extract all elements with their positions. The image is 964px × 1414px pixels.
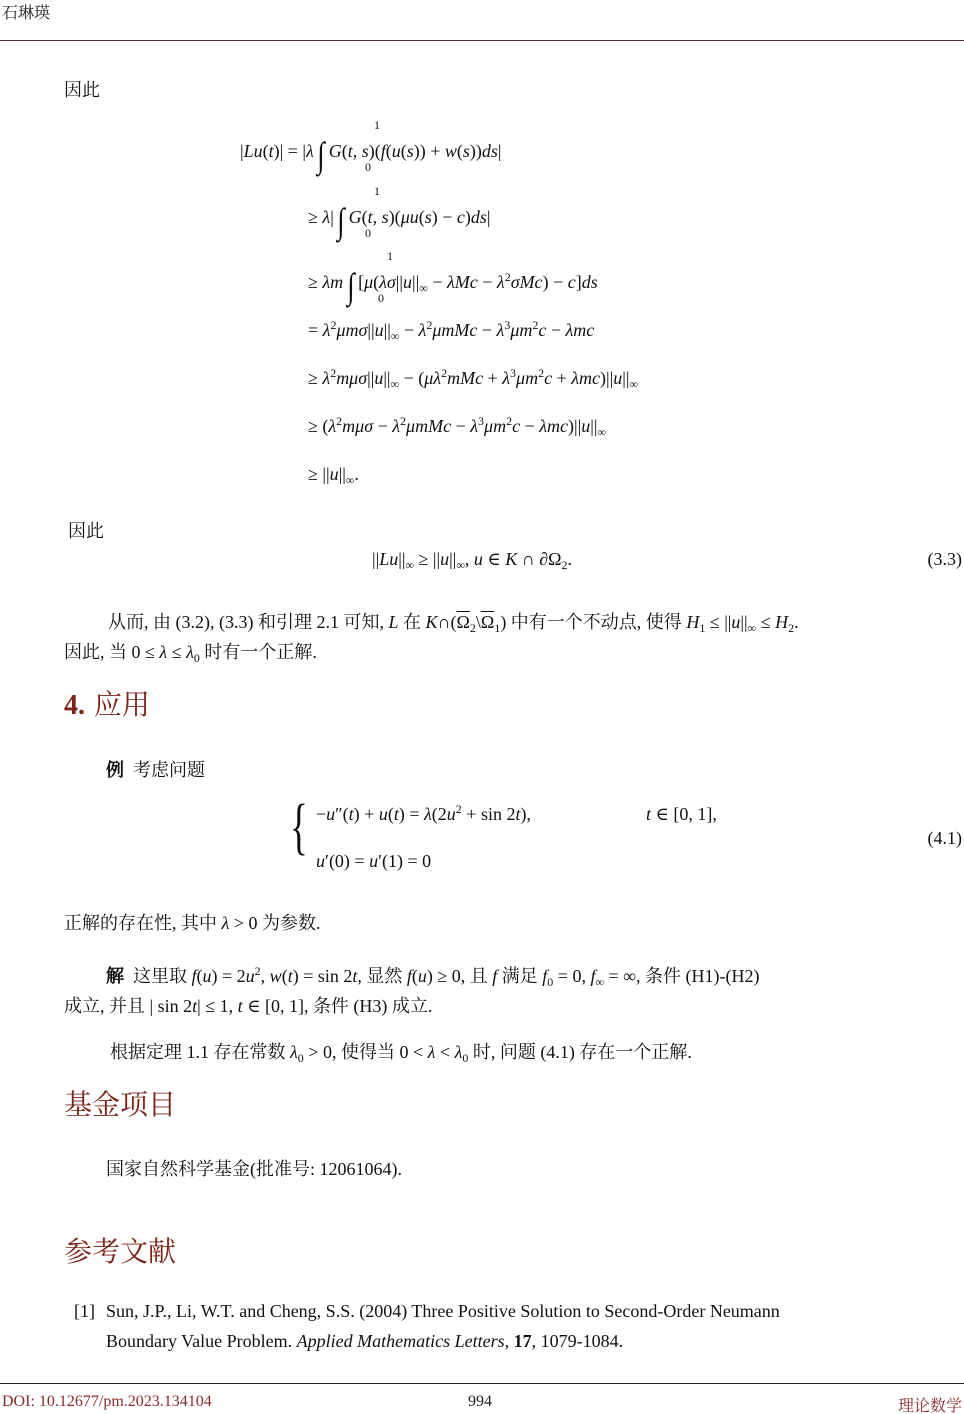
paragraph-therefore-2: 因此 (68, 517, 104, 543)
section-heading-4: 4. 应用 (64, 683, 150, 723)
references-heading: 参考文献 (64, 1230, 176, 1270)
upper-limit: 1 (374, 118, 380, 133)
derivation-line-2: ≥ λ| ∫ G(t, s)(μu(s) − c)ds| (308, 200, 491, 242)
funding-heading: 基金项目 (64, 1083, 176, 1123)
solution-label: 解 (106, 966, 124, 986)
paragraph-therefore: 因此 (64, 76, 100, 102)
section-title: 应用 (94, 688, 150, 721)
footer-divider (0, 1383, 964, 1384)
reference-line-2: Boundary Value Problem. Applied Mathemat… (106, 1331, 623, 1352)
solution-line-3: 根据定理 1.1 存在常数 λ0 > 0, 使得当 0 < λ < λ0 时, … (110, 1038, 692, 1064)
funding-text: 国家自然科学基金(批准号: 12061064). (106, 1155, 402, 1181)
conclusion-line-2: 因此, 当 0 ≤ λ ≤ λ0 时有一个正解. (64, 638, 317, 664)
solution-line-1: 解 这里取 f(u) = 2u2, w(t) = sin 2t, 显然 f(u)… (106, 962, 759, 988)
upper-limit: 1 (387, 249, 393, 264)
equation-4-1-line-2: u′(0) = u′(1) = 0 (316, 851, 431, 872)
reference-index: [1] (74, 1301, 95, 1322)
lower-limit: 0 (378, 291, 384, 306)
conclusion-line-1: 从而, 由 (3.2), (3.3) 和引理 2.1 可知, L 在 K∩(Ω2… (108, 608, 799, 634)
derivation-line-3: ≥ λm ∫ [μ(λσ||u||∞ − λMc − λ2σMc) − c]ds (308, 265, 598, 307)
reference-line-1: Sun, J.P., Li, W.T. and Cheng, S.S. (200… (106, 1301, 780, 1322)
derivation-line-5: ≥ λ2mμσ||u||∞ − (μλ2mMc + λ3μm2c + λmc)|… (308, 368, 638, 389)
equation-4-1-brace: { (284, 792, 314, 863)
reference-volume: 17 (514, 1331, 532, 1351)
lower-limit: 0 (365, 226, 371, 241)
equation-number-4-1: (4.1) (928, 828, 963, 849)
running-header-author: 石琳瑛 (2, 0, 50, 23)
upper-limit: 1 (374, 184, 380, 199)
derivation-line-6: ≥ (λ2mμσ − λ2μmMc − λ3μm2c − λmc)||u||∞ (308, 416, 606, 437)
footer-doi-link[interactable]: DOI: 10.12677/pm.2023.134104 (2, 1393, 212, 1411)
example-label: 例 (106, 760, 124, 780)
equation-4-1-condition: t ∈ [0, 1], (646, 804, 717, 825)
footer-journal-link[interactable]: 理论数学 (898, 1393, 962, 1414)
header-divider (0, 40, 964, 41)
equation-3-3: ||Lu||∞ ≥ ||u||∞, u ∈ K ∩ ∂Ω2. (372, 549, 572, 570)
equation-4-1-line-1: −u″(t) + u(t) = λ(2u2 + sin 2t), (316, 804, 531, 825)
example-text: 考虑问题 (133, 760, 205, 780)
section-number: 4. (64, 690, 85, 721)
reference-journal: Applied Mathematics Letters (297, 1331, 505, 1351)
reference-pages: , 1079-1084. (532, 1331, 624, 1351)
reference-title-end: Boundary Value Problem. (106, 1331, 292, 1351)
example-intro: 例 考虑问题 (106, 756, 205, 782)
derivation-line-4: = λ2μmσ||u||∞ − λ2μmMc − λ3μm2c − λmc (308, 320, 594, 341)
solution-line-2: 成立, 并且 | sin 2t| ≤ 1, t ∈ [0, 1], 条件 (H3… (64, 992, 432, 1018)
footer-page-number: 994 (468, 1393, 492, 1411)
lower-limit: 0 (365, 160, 371, 175)
derivation-line-7: ≥ ||u||∞. (308, 464, 359, 485)
example-after-text: 正解的存在性, 其中 λ > 0 为参数. (64, 909, 320, 935)
equation-number-3-3: (3.3) (928, 549, 963, 570)
